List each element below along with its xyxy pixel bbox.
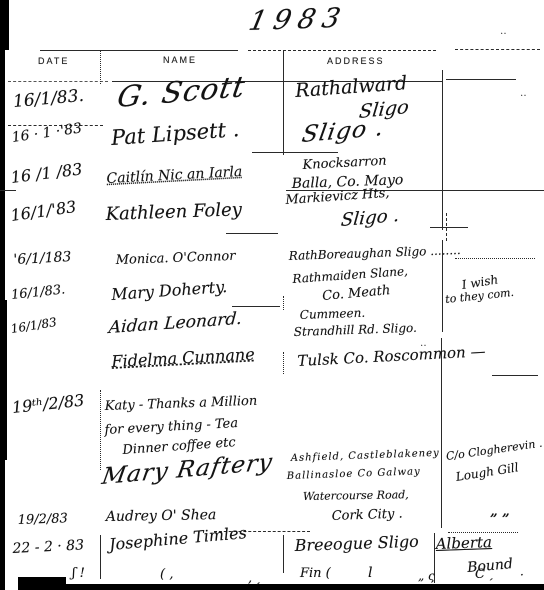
entry-message: Katy - Thanks a Million [104, 394, 257, 414]
entry-date: 16/1/83. [10, 282, 66, 303]
entry-name: Aidan Leonard. [108, 309, 243, 338]
entry-address: Tulsk Co. Roscommon — [297, 342, 486, 370]
scan-edge-left [0, 0, 9, 50]
row-rule [0, 190, 16, 191]
entry-date: 16 /1 /83 [10, 159, 84, 187]
entry-date: 16/1/'83 [9, 197, 77, 225]
margin-note: to they com. [445, 286, 515, 306]
cutoff-fragment: · [520, 568, 524, 582]
entry-message: for every thing - Tea [104, 416, 238, 438]
entry-address: Strandhill Rd. Sligo. [294, 321, 418, 339]
entry-address: Rathmaiden Slane, [292, 264, 408, 286]
entry-date: 19ᵗʰ/2/83 [11, 391, 85, 417]
margin-note: Alberta [435, 533, 492, 553]
entry-date: 22 - 2 · 83 [12, 537, 84, 557]
entry-address: Watercourse Road, [303, 488, 409, 503]
entry-name: Fidelma Cunnane [111, 345, 255, 371]
entry-address: Sligo . [340, 205, 400, 231]
header-underline [446, 79, 516, 80]
row-rule [455, 258, 535, 259]
speck-top-right: ‥ [500, 26, 509, 37]
row-rule [252, 152, 338, 153]
entry-date: 16/1/83 [10, 315, 58, 336]
scan-edge-bottom-blob [18, 577, 66, 590]
col-rule-date-name [100, 535, 101, 579]
cross-mark [430, 227, 468, 228]
entry-address: Cork City . [331, 507, 402, 524]
margin-note: ” ” [490, 512, 509, 527]
scan-edge-left-jag [0, 300, 7, 460]
col-rule-name-address [283, 535, 284, 573]
cutoff-fragment: „ ς [418, 569, 435, 583]
cutoff-fragment: ʃ ! [72, 566, 85, 581]
col-rule-name-address [283, 50, 284, 155]
col-rule-date-name [100, 50, 101, 84]
cutoff-fragment: l [368, 565, 372, 581]
entry-address: Ballinasloe Co Galway [287, 466, 421, 482]
entry-address: Co. Meath [322, 283, 391, 304]
entry-address: RathBoreaughan Sligo ........ [289, 243, 461, 263]
entry-address: Sligo . [300, 115, 386, 148]
col-rule-name-address [283, 352, 284, 374]
column-header-date: DATE [38, 56, 69, 66]
year-heading: 1983 [246, 3, 350, 37]
col-rule-address-note [442, 70, 443, 230]
scan-edge-bottom [18, 584, 544, 590]
entry-address: Ashfield, Castleblakeney [291, 448, 440, 464]
entry-name: Pat Lipsett . [110, 117, 240, 150]
row-rule [492, 375, 538, 376]
header-underline [8, 81, 108, 82]
column-header-name: NAME [163, 55, 197, 65]
entry-date: 19/2/83 [17, 511, 68, 528]
entry-name: G. Scott [115, 69, 248, 114]
name-underline [226, 233, 278, 234]
cutoff-fragment: ( ‚ [160, 567, 173, 582]
cutoff-fragment: , ˏ [248, 570, 261, 586]
col-rule-address-note [441, 338, 442, 528]
entry-name: Kathleen Foley [105, 199, 242, 225]
table-top-rule [248, 50, 436, 51]
column-header-address: ADDRESS [327, 56, 385, 66]
entry-address: Cummeen. [300, 306, 366, 322]
col-rule-name-address [283, 296, 284, 310]
entry-address: Knocksarron [302, 154, 387, 173]
entry-date: '6/1/183 [13, 249, 72, 268]
cutoff-fragment: C ˏ [475, 566, 493, 582]
name-underline [232, 306, 280, 307]
table-top-rule [40, 50, 238, 51]
margin-note: C/o Clogherevin . [445, 437, 543, 463]
cutoff-fragment: Fin ( [300, 566, 331, 581]
entry-name: Monica. O'Connor [115, 249, 235, 268]
table-top-rule [455, 49, 540, 50]
entry-name: Mary Doherty. [111, 277, 228, 304]
cross-mark [446, 213, 447, 241]
entry-address: Breeogue Sligo [294, 532, 419, 555]
entry-name: Audrey O' Shea [106, 507, 217, 525]
entry-name: Caitlín Nic an Iarla [106, 164, 242, 187]
margin-note: Lough Gill [455, 460, 520, 484]
entry-date: 16/1/83. [12, 86, 84, 112]
guest-register-scan: 1983 ‥ DATE NAME ADDRESS 16/1/83. G. Sco… [0, 0, 544, 590]
speck-mid-right: ‥ [520, 88, 529, 99]
entry-name: Josephine Timles [108, 523, 247, 554]
col-rule-date-name [100, 390, 101, 470]
